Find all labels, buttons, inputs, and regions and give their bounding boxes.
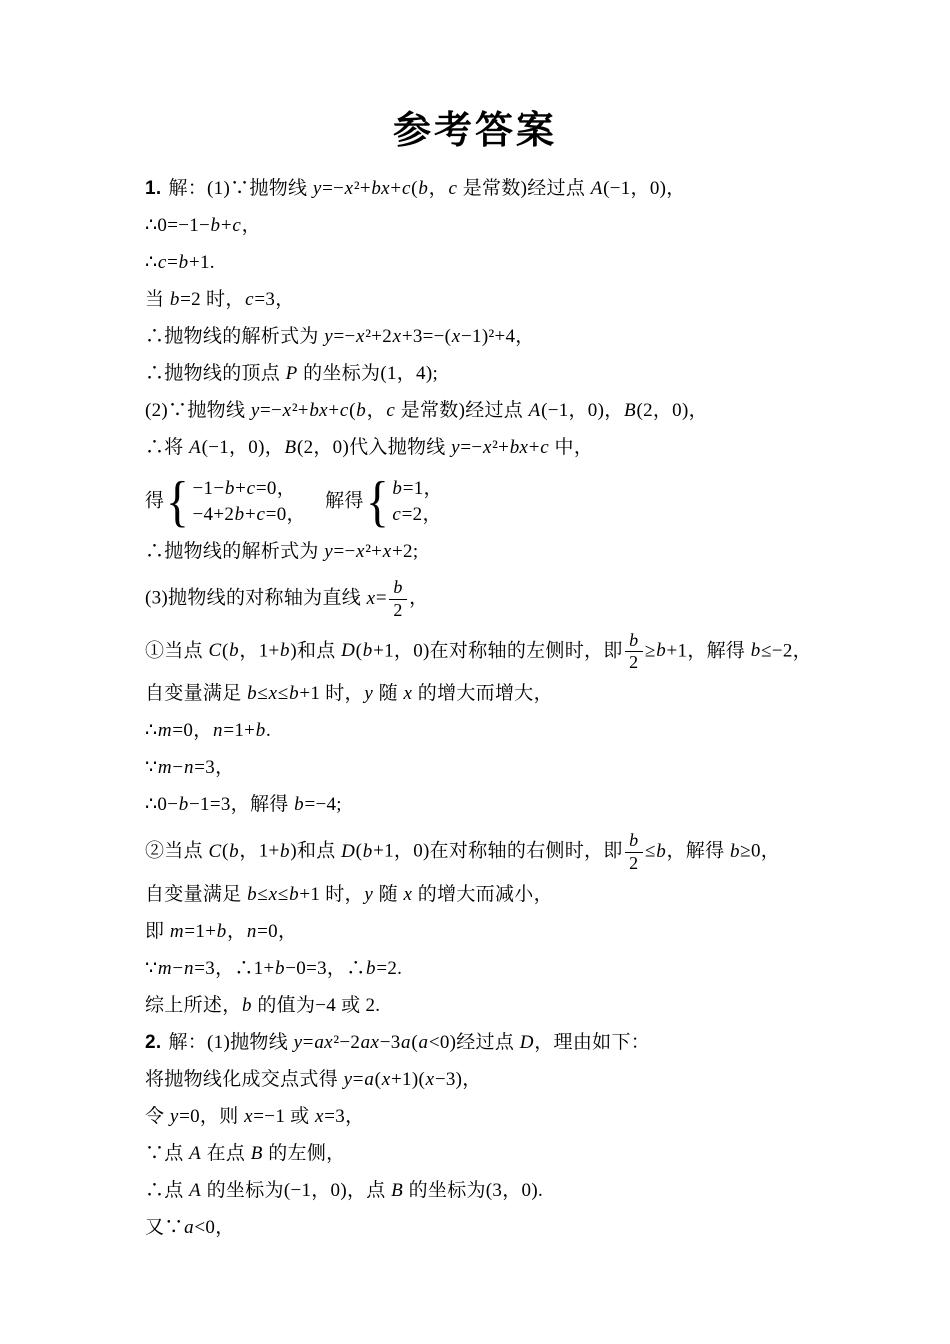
text-line: 综上所述，b 的值为−4 或 2. [145,995,840,1016]
document-page: 参考答案 1.解：(1)∵抛物线 y=−x²+bx+c(b，c 是常数)经过点 … [0,0,950,1344]
fraction: b2 [389,578,407,621]
equation-system: {−1−b+c=0，−4+2b+c=0， [164,474,306,530]
text-line: 当 b=2 时，c=3， [145,289,840,310]
document-body: 1.解：(1)∵抛物线 y=−x²+bx+c(b，c 是常数)经过点 A(−1，… [145,178,840,1238]
system-row: c=2， [392,502,443,528]
fraction: b2 [625,831,643,874]
text-line: 将抛物线化成交点式得 y=a(x+1)(x−3)， [145,1069,840,1090]
text-line: 自变量满足 b≤x≤b+1 时，y 随 x 的增大而增大， [145,683,840,704]
fraction: b2 [625,631,643,674]
text-line: ∴c=b+1. [145,252,840,273]
left-brace: { [166,474,189,530]
system-row: −4+2b+c=0， [193,502,306,528]
text-line: ∵点 A 在点 B 的左侧， [145,1143,840,1164]
left-brace: { [366,474,389,530]
text-line: ∴0=−1−b+c， [145,215,840,236]
problem-number: 1. [145,178,161,199]
text-line: 即 m=1+b，n=0， [145,921,840,942]
text-line: ∴点 A 的坐标为(−1，0)，点 B 的坐标为(3，0). [145,1180,840,1201]
text-line: ②当点 C(b，1+b)和点 D(b+1，0)在对称轴的右侧时，即b2≤b，解得… [145,831,840,874]
text-line: 自变量满足 b≤x≤b+1 时，y 随 x 的增大而减小， [145,884,840,905]
system-row: b=1， [392,476,443,502]
text-line: 1.解：(1)∵抛物线 y=−x²+bx+c(b，c 是常数)经过点 A(−1，… [145,178,840,199]
problem-number: 2. [145,1032,161,1053]
text-line: (3)抛物线的对称轴为直线 x=b2， [145,578,840,621]
text-line: 令 y=0，则 x=−1 或 x=3， [145,1106,840,1127]
text-line: ∴抛物线的解析式为 y=−x²+x+2; [145,541,840,562]
text-line: ∵m−n=3，∴1+b−0=3，∴b=2. [145,958,840,979]
text-line: ∴0−b−1=3，解得 b=−4; [145,794,840,815]
text-line: 2.解：(1)抛物线 y=ax²−2ax−3a(a<0)经过点 D，理由如下： [145,1032,840,1053]
text-line: ∴抛物线的解析式为 y=−x²+2x+3=−(x−1)²+4， [145,326,840,347]
text-line: ∴抛物线的顶点 P 的坐标为(1，4); [145,363,840,384]
equation-system: {b=1，c=2， [364,474,443,530]
text-line: ∵m−n=3， [145,757,840,778]
text-line: 又∵a<0， [145,1217,840,1238]
text-line: ∴将 A(−1，0)，B(2，0)代入抛物线 y=−x²+bx+c 中， [145,437,840,458]
text-line: ∴m=0，n=1+b. [145,720,840,741]
text-line: 得{−1−b+c=0，−4+2b+c=0， 解得{b=1，c=2， [145,474,840,530]
page-title: 参考答案 [0,0,950,154]
system-row: −1−b+c=0， [193,476,306,502]
text-line: ①当点 C(b，1+b)和点 D(b+1，0)在对称轴的左侧时，即b2≥b+1，… [145,631,840,674]
text-line: (2)∵抛物线 y=−x²+bx+c(b，c 是常数)经过点 A(−1，0)，B… [145,400,840,421]
